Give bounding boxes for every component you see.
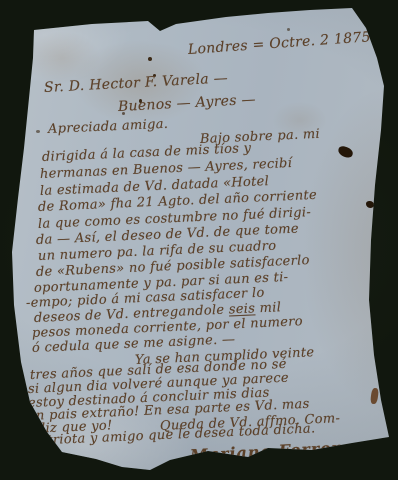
amount-post: mil	[255, 300, 282, 316]
letter-paper: Londres = Octre. 2 1875. Sr. D. Hector F…	[0, 0, 398, 480]
salutation: Apreciada amiga.	[48, 117, 169, 137]
recipient-city: Buenos — Ayres —	[118, 92, 257, 115]
edge-tear-mark	[370, 388, 379, 405]
ink-blot	[366, 201, 374, 208]
dateline: Londres = Octre. 2 1875.	[187, 29, 376, 58]
amount-underlined: seis	[229, 301, 256, 317]
foxing-speck	[287, 28, 290, 31]
foxing-speck	[148, 57, 152, 61]
ink-blot	[337, 145, 354, 159]
recipient-name: Sr. D. Hector F. Varela —	[44, 70, 229, 96]
foxing-speck	[36, 130, 40, 133]
scan-background: Londres = Octre. 2 1875. Sr. D. Hector F…	[0, 0, 398, 480]
signature-flourish	[200, 452, 390, 478]
